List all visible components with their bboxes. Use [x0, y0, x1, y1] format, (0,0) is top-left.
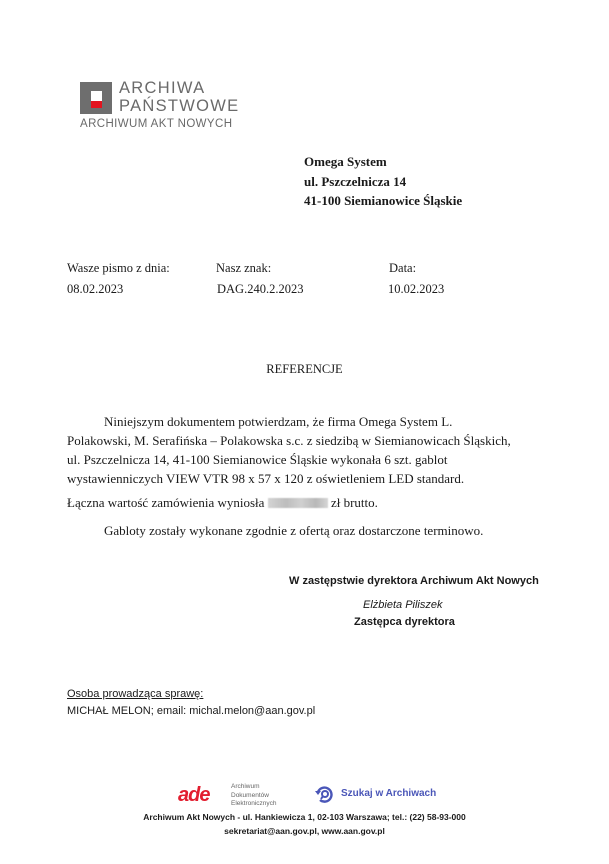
ade-logo-text: Archiwum Dokumentów Elektronicznych	[231, 783, 277, 809]
logo-mark-white	[91, 91, 102, 101]
date-value: 10.02.2023	[388, 282, 444, 297]
body-paragraph-1: Niniejszym dokumentem potwierdzam, że fi…	[67, 412, 517, 488]
your-letter-value: 08.02.2023	[67, 282, 123, 297]
recipient-street: ul. Pszczelnicza 14	[304, 172, 462, 192]
redacted-amount	[268, 498, 328, 508]
recipient-name: Omega System	[304, 152, 462, 172]
order-value-prefix: Łączna wartość zamówienia wyniosła	[67, 495, 268, 510]
logo-mark-red	[91, 101, 102, 108]
your-letter-label: Wasze pismo z dnia:	[67, 261, 170, 276]
search-archives-icon	[314, 784, 334, 804]
recipient-address: Omega System ul. Pszczelnicza 14 41-100 …	[304, 152, 462, 211]
contact-value: MICHAŁ MELON; email: michal.melon@aan.go…	[67, 705, 315, 717]
logo-line-3: ARCHIWUM AKT NOWYCH	[80, 118, 232, 130]
footer-emails: sekretariat@aan.gov.pl, www.aan.gov.pl	[0, 826, 609, 836]
our-ref-value: DAG.240.2.2023	[217, 282, 303, 297]
body-paragraph-3: Gabloty zostały wykonane zgodnie z ofert…	[67, 521, 517, 540]
contact-label: Osoba prowadząca sprawę:	[67, 688, 203, 700]
footer-address: Archiwum Akt Nowych - ul. Hankiewicza 1,…	[0, 812, 609, 822]
recipient-city: 41-100 Siemianowice Śląskie	[304, 191, 462, 211]
search-archives-label: Szukaj w Archiwach	[341, 788, 436, 799]
signature-name: Elżbieta Piliszek	[363, 599, 442, 611]
document-title: REFERENCJE	[0, 362, 609, 377]
our-ref-label: Nasz znak:	[216, 261, 271, 276]
ade-logo: ade	[178, 784, 209, 807]
signature-role: Zastępca dyrektora	[354, 616, 455, 628]
order-value-suffix: zł brutto.	[328, 495, 378, 510]
signature-on-behalf: W zastępstwie dyrektora Archiwum Akt Now…	[289, 575, 539, 587]
logo-line-2: PAŃSTWOWE	[119, 97, 239, 116]
date-label: Data:	[389, 261, 416, 276]
logo-line-1: ARCHIWA	[119, 79, 205, 98]
body-paragraph-2: Łączna wartość zamówienia wyniosła zł br…	[67, 493, 517, 512]
